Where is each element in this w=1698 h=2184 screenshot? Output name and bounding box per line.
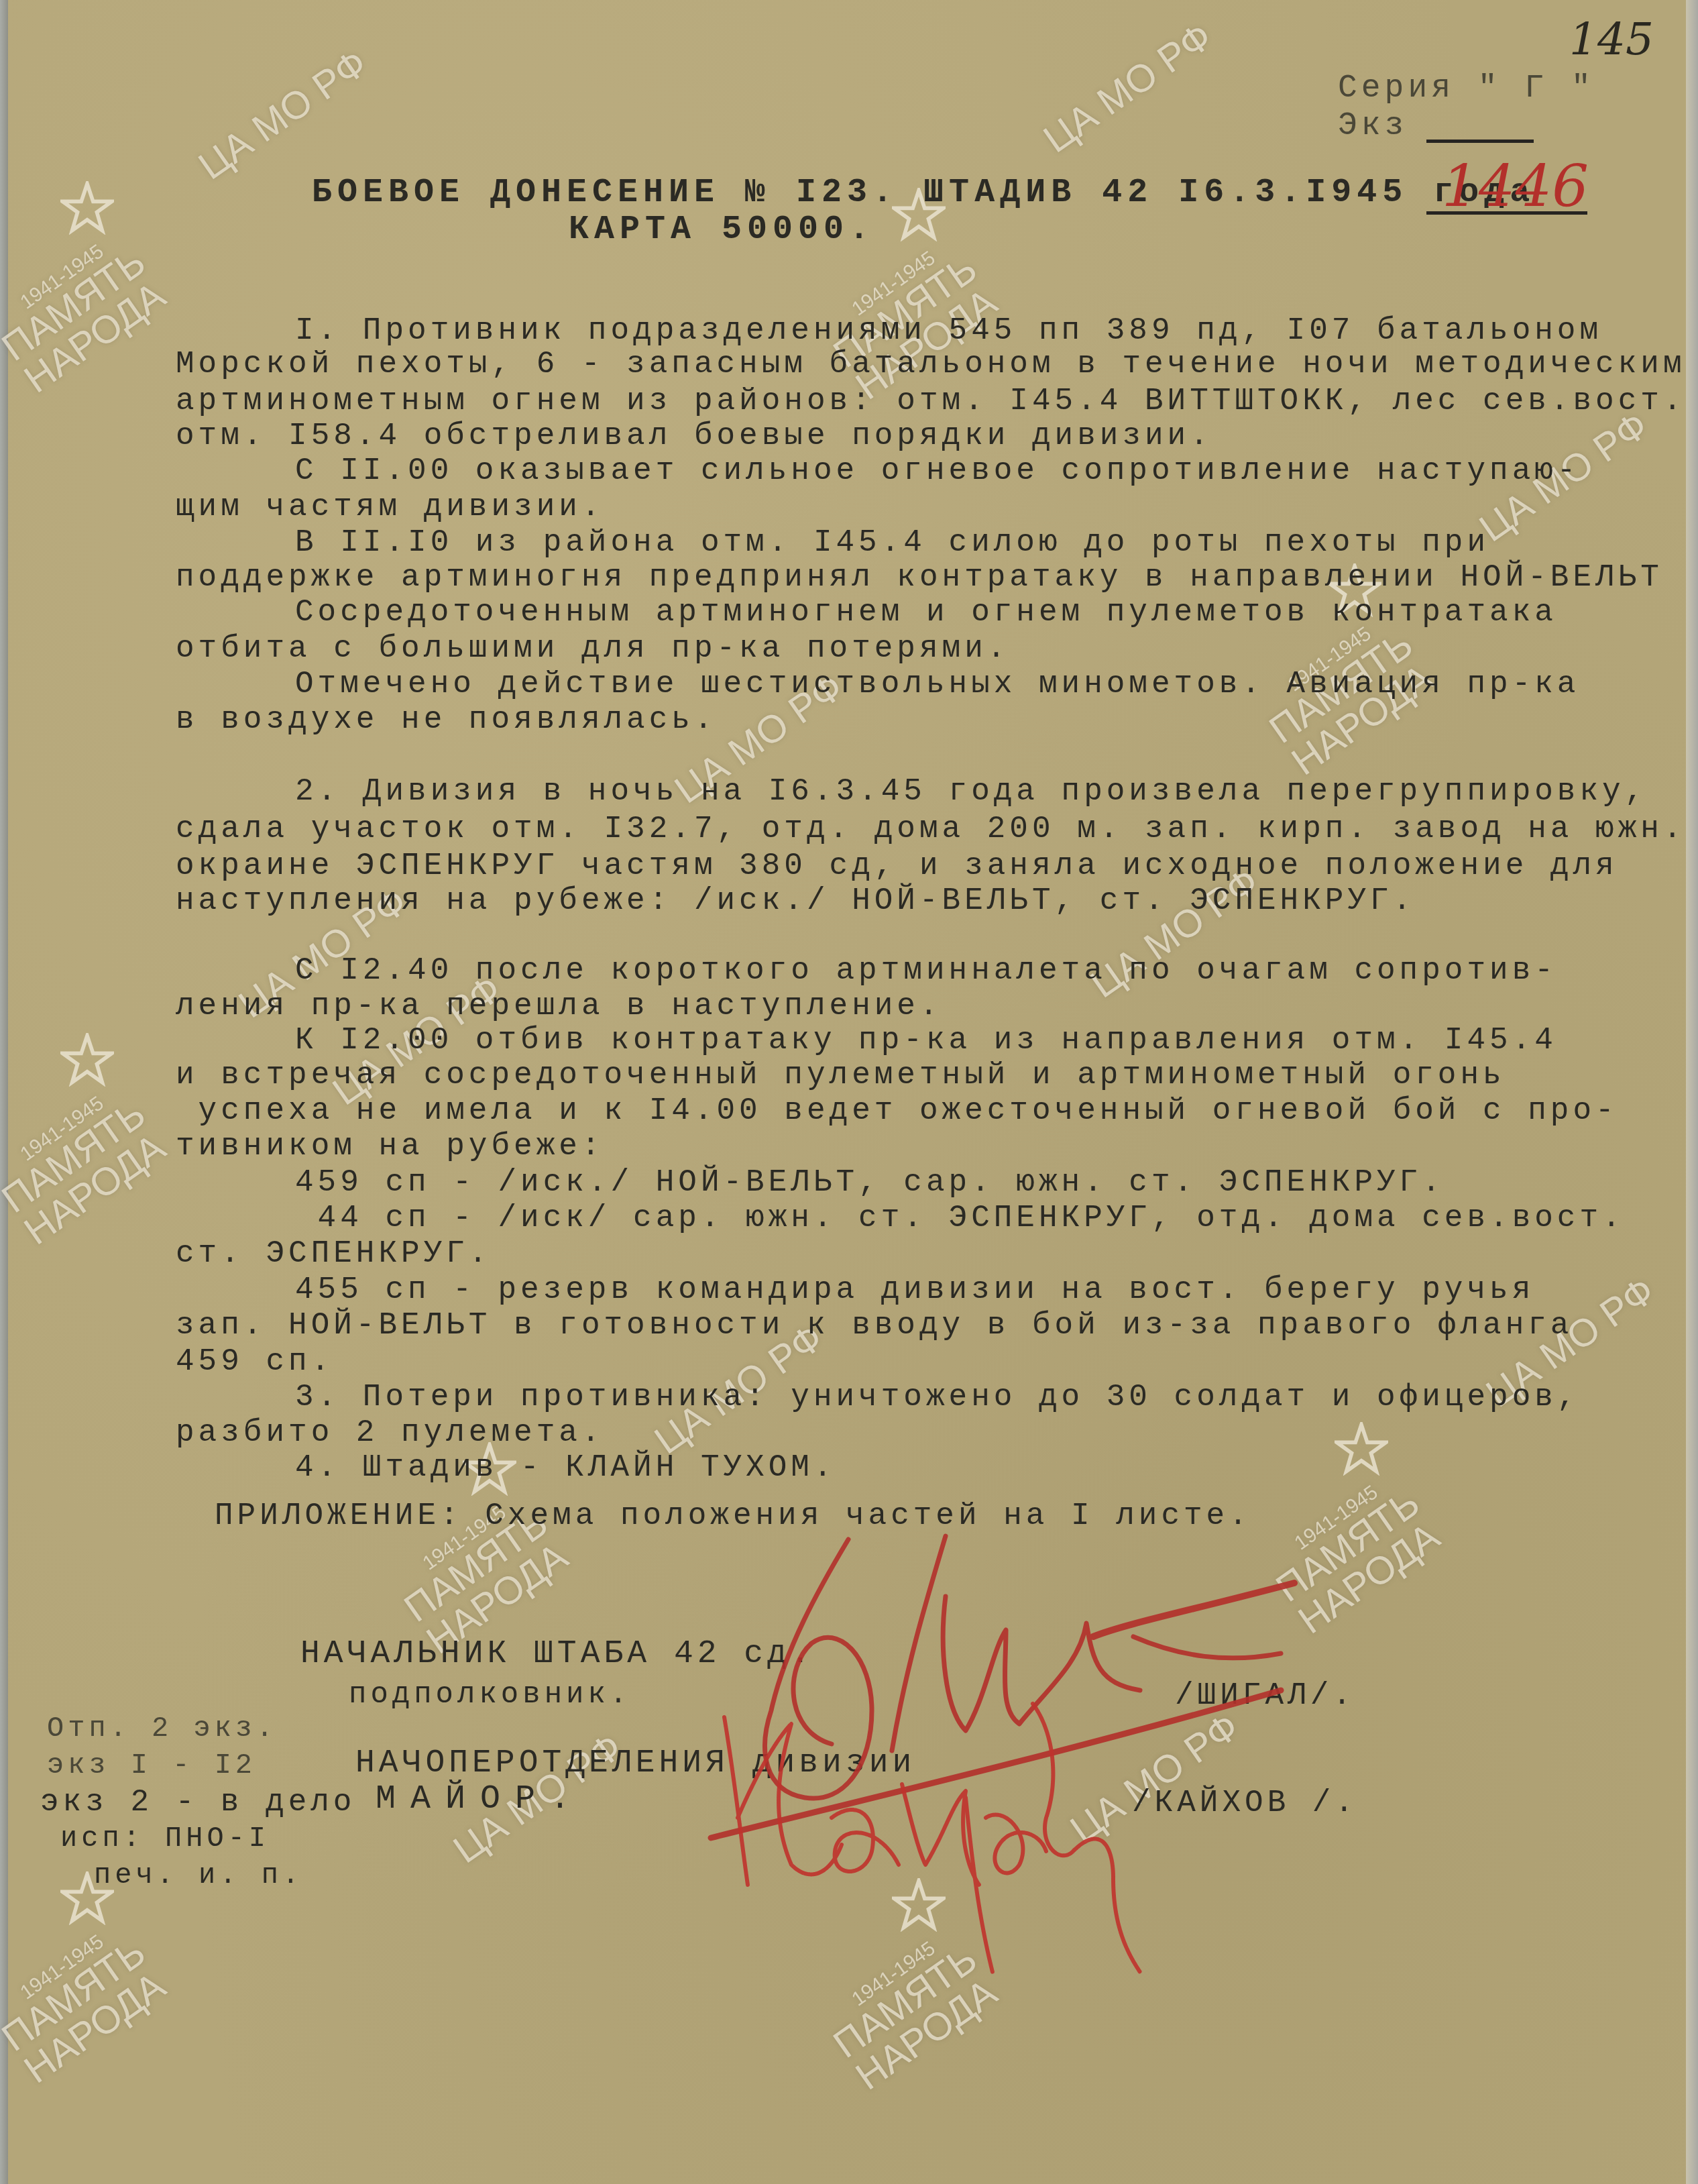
operations-chief-rank: МАЙОР. — [376, 1783, 585, 1816]
body-line: 4. Штадив - КЛАЙН ТУХОМ. — [295, 1452, 836, 1483]
chief-of-staff-rank: подполковник. — [349, 1680, 631, 1710]
distribution-printed: Отп. 2 экз. — [47, 1714, 277, 1743]
body-line: В II.I0 из района отм. I45.4 силою до ро… — [295, 527, 1489, 558]
registration-number: 1446 — [1442, 153, 1589, 220]
body-line: успеха не имела и к I4.00 ведет ожесточе… — [176, 1095, 1618, 1126]
body-line: и встречая сосредоточенный пулеметный и … — [176, 1060, 1506, 1091]
body-line: отм. I58.4 обстреливал боевые порядки ди… — [176, 421, 1212, 451]
body-line: 459 сп. — [176, 1346, 333, 1377]
watermark-star-icon — [1335, 1422, 1388, 1476]
body-line: отбита с большими для пр-ка потерями. — [176, 633, 1009, 664]
signature-kaikhov — [697, 1663, 1207, 1979]
body-line: поддержке артминогня предпринял контрата… — [176, 562, 1663, 593]
body-line: 44 сп - /иск/ сар. южн. ст. ЭСПЕНКРУГ, о… — [295, 1203, 1625, 1234]
distribution-executor: исп: ПНО-I — [60, 1824, 270, 1853]
body-line: 2. Дивизия в ночь на I6.3.45 года произв… — [295, 776, 1647, 807]
body-line: С II.00 оказывает сильное огневое сопрот… — [295, 455, 1579, 486]
body-line: сдала участок отм. I32.7, отд. дома 200 … — [176, 814, 1686, 844]
body-line: артминометным огнем из районов: отм. I45… — [176, 386, 1686, 417]
series-label: Серия " Г " — [1338, 72, 1595, 105]
body-line: I. Противник подразделениями 545 пп 389 … — [295, 315, 1602, 346]
body-line: Отмечено действие шестиствольных миномет… — [295, 669, 1579, 700]
body-line: 3. Потери противника: уничтожено до 30 с… — [295, 1382, 1579, 1413]
body-line: Сосредоточенным артминогнем и огнем пуле… — [295, 597, 1557, 628]
archive-page-number: 145 — [1569, 13, 1654, 65]
body-line: К I2.00 отбив контратаку пр-ка из направ… — [295, 1025, 1557, 1056]
body-line: Морской пехоты, 6 - запасным батальоном … — [176, 349, 1686, 380]
body-line: зап. НОЙ-ВЕЛЬТ в готовности к вводу в бо… — [176, 1310, 1573, 1341]
watermark-star-icon — [60, 181, 114, 235]
body-line: ст. ЭСПЕНКРУГ. — [176, 1238, 491, 1269]
body-line: 459 сп - /иск./ НОЙ-ВЕЛЬТ, сар. южн. ст.… — [295, 1167, 1445, 1198]
distribution-copy1: экз I - I2 — [47, 1751, 256, 1780]
body-line: окраине ЭСПЕНКРУГ частям 380 сд, и занял… — [176, 851, 1618, 881]
page-right-edge — [1686, 0, 1698, 2184]
copy-label: Экз — [1338, 110, 1408, 142]
distribution-typist: печ. и. п. — [94, 1861, 303, 1890]
distribution-copy2: экз 2 - в дело — [40, 1787, 355, 1818]
map-scale: КАРТА 50000. — [569, 213, 874, 247]
report-title: БОЕВОЕ ДОНЕСЕНИЕ № I23. ШТАДИВ 42 I6.3.I… — [312, 176, 1535, 210]
body-line: тивником на рубеже: — [176, 1131, 604, 1162]
watermark-star-icon — [60, 1033, 114, 1087]
body-line: С I2.40 после короткого артминналета по … — [295, 955, 1557, 986]
body-line: в воздухе не появлялась. — [176, 704, 717, 735]
body-line: щим частям дивизии. — [176, 492, 604, 523]
body-line: ления пр-ка перешла в наступление. — [176, 991, 942, 1022]
body-line: 455 сп - резерв командира дивизии на вос… — [295, 1274, 1534, 1305]
body-line: наступления на рубеже: /иск./ НОЙ-ВЕЛЬТ,… — [176, 885, 1415, 916]
body-line: разбито 2 пулемета. — [176, 1417, 604, 1448]
copy-number-line — [1426, 140, 1534, 143]
